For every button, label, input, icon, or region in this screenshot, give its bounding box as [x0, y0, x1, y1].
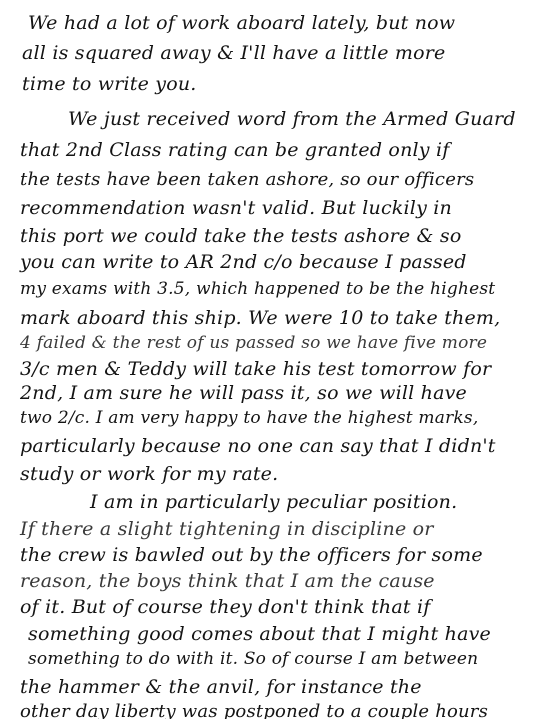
letter-line-19: If there a slight tightening in discipli… — [20, 520, 434, 539]
letter-line-24: something to do with it. So of course I … — [28, 651, 478, 668]
letter-line-5: that 2nd Class rating can be granted onl… — [20, 141, 449, 160]
letter-line-9: you can write to AR 2nd c/o because I pa… — [20, 253, 467, 272]
letter-line-17: study or work for my rate. — [20, 465, 278, 484]
letter-line-21: reason, the boys think that I am the cau… — [20, 572, 435, 591]
letter-line-26: other day liberty was postponed to a cou… — [20, 703, 488, 719]
letter-line-20: the crew is bawled out by the officers f… — [20, 546, 483, 565]
letter-line-4: We just received word from the Armed Gua… — [68, 110, 516, 129]
letter-line-11: mark aboard this ship. We were 10 to tak… — [20, 309, 500, 328]
letter-line-6: the tests have been taken ashore, so our… — [20, 171, 474, 189]
letter-line-14: 2nd, I am sure he will pass it, so we wi… — [20, 384, 467, 403]
letter-line-3: time to write you. — [22, 75, 197, 94]
letter-line-12: 4 failed & the rest of us passed so we h… — [20, 335, 487, 352]
letter-line-15: two 2/c. I am very happy to have the hig… — [20, 410, 478, 427]
letter-line-18: I am in particularly peculiar position. — [90, 493, 457, 512]
letter-line-16: particularly because no one can say that… — [20, 437, 496, 456]
letter-line-7: recommendation wasn't valid. But luckily… — [20, 199, 452, 218]
letter-line-1: We had a lot of work aboard lately, but … — [28, 14, 455, 33]
letter-line-25: the hammer & the anvil, for instance the — [20, 678, 422, 697]
letter-line-2: all is squared away & I'll have a little… — [22, 44, 445, 63]
letter-line-10: my exams with 3.5, which happened to be … — [20, 281, 495, 298]
letter-line-22: of it. But of course they don't think th… — [20, 598, 430, 617]
handwritten-letter-page: We had a lot of work aboard lately, but … — [0, 0, 547, 719]
letter-line-8: this port we could take the tests ashore… — [20, 227, 461, 246]
letter-line-13: 3/c men & Teddy will take his test tomor… — [20, 360, 491, 379]
letter-line-23: something good comes about that I might … — [28, 625, 491, 644]
